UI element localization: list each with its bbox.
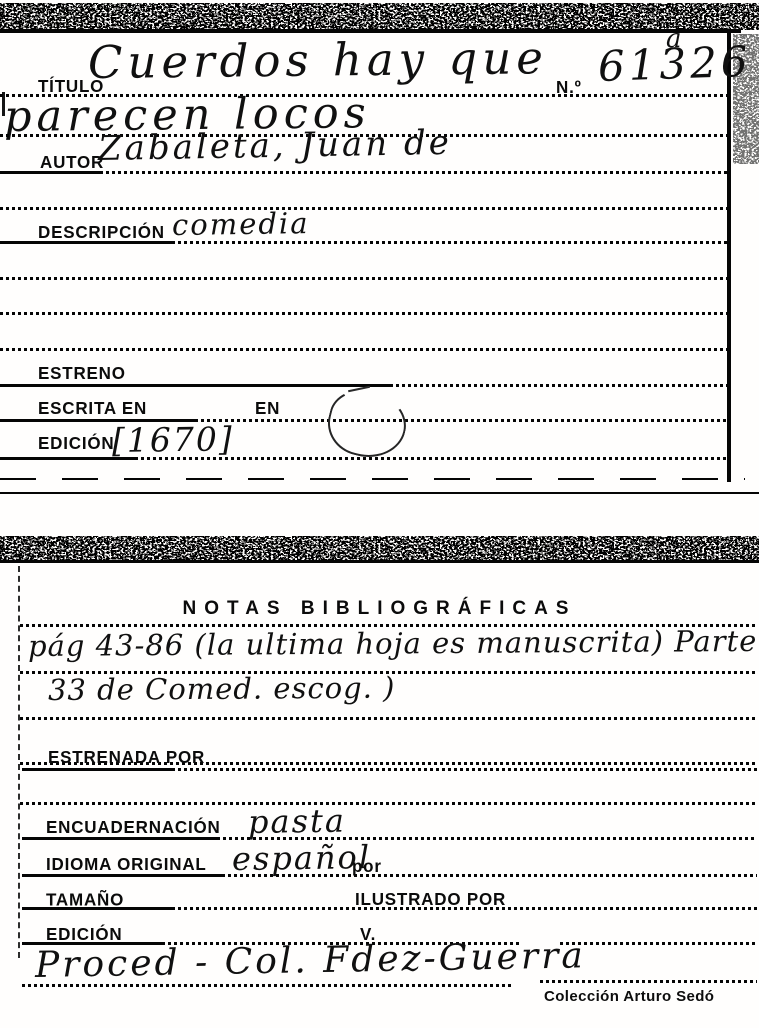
rule: [20, 717, 757, 720]
card-right-border: [727, 30, 731, 482]
card-number-superscript: a: [666, 26, 682, 52]
idioma-original-label: IDIOMA ORIGINAL: [46, 855, 207, 876]
rule: [22, 907, 172, 910]
rule: [0, 312, 727, 315]
titulo-value-line1: Cuerdos hay que: [88, 35, 548, 85]
card2-top-border: [0, 560, 759, 563]
rule: [0, 207, 727, 210]
rule: [0, 277, 727, 280]
rule: [22, 837, 217, 840]
ink-smudge: [321, 383, 413, 466]
estreno-label: ESTRENO: [38, 364, 126, 385]
rule: [20, 802, 757, 805]
rule: [0, 348, 727, 351]
rule: [540, 980, 757, 983]
card-number-label: N.º: [556, 78, 582, 99]
card-bottom-border: [0, 492, 759, 494]
notas-bibliograficas-header: NOTAS BIBLIOGRÁFICAS: [0, 598, 759, 620]
encuadernacion-value: pasta: [248, 805, 346, 838]
scan-noise-band-middle: [0, 536, 759, 562]
collection-footer: Colección Arturo Sedó: [544, 988, 714, 1005]
notes-value-line2: 33 de Comed. escog. ): [48, 674, 396, 705]
rule: [0, 241, 172, 244]
procedencia-value: Proced - Col. Fdez-Guerra: [35, 938, 586, 984]
card-bottom-dashed-edge: [0, 478, 745, 480]
rule: [172, 907, 757, 910]
scan-noise-band-top: [0, 3, 759, 30]
notes-value-line1: pág 43-86 (la ultima hoja es manuscrita)…: [28, 627, 758, 661]
edicion-value: [1670]: [112, 422, 234, 457]
rule: [0, 384, 390, 387]
rule: [172, 768, 757, 771]
rule: [0, 457, 135, 460]
rule: [22, 768, 172, 771]
escrita-en-label: ESCRITA EN: [38, 399, 147, 420]
rule: [22, 984, 512, 987]
autor-value: Zabaleta, Juan de: [98, 126, 452, 166]
edicion-label: EDICIÓN: [38, 434, 114, 455]
en-label: EN: [255, 399, 280, 420]
rule: [172, 241, 727, 244]
rule: [195, 419, 727, 422]
descripcion-value: comedia: [172, 209, 310, 240]
rule: [0, 171, 100, 174]
scanned-catalog-card: TÍTULO Cuerdos hay que N.º 61326 a parec…: [0, 0, 759, 1028]
rule: [100, 171, 727, 174]
rule: [22, 874, 222, 877]
estrenada-por-label: ESTRENADA POR: [48, 748, 205, 769]
rule: [390, 384, 727, 387]
idioma-original-value: español: [232, 841, 371, 875]
rule: [222, 874, 757, 877]
encuadernacion-label: ENCUADERNACIÓN: [46, 818, 221, 839]
rule: [560, 942, 757, 945]
rule: [135, 457, 727, 460]
